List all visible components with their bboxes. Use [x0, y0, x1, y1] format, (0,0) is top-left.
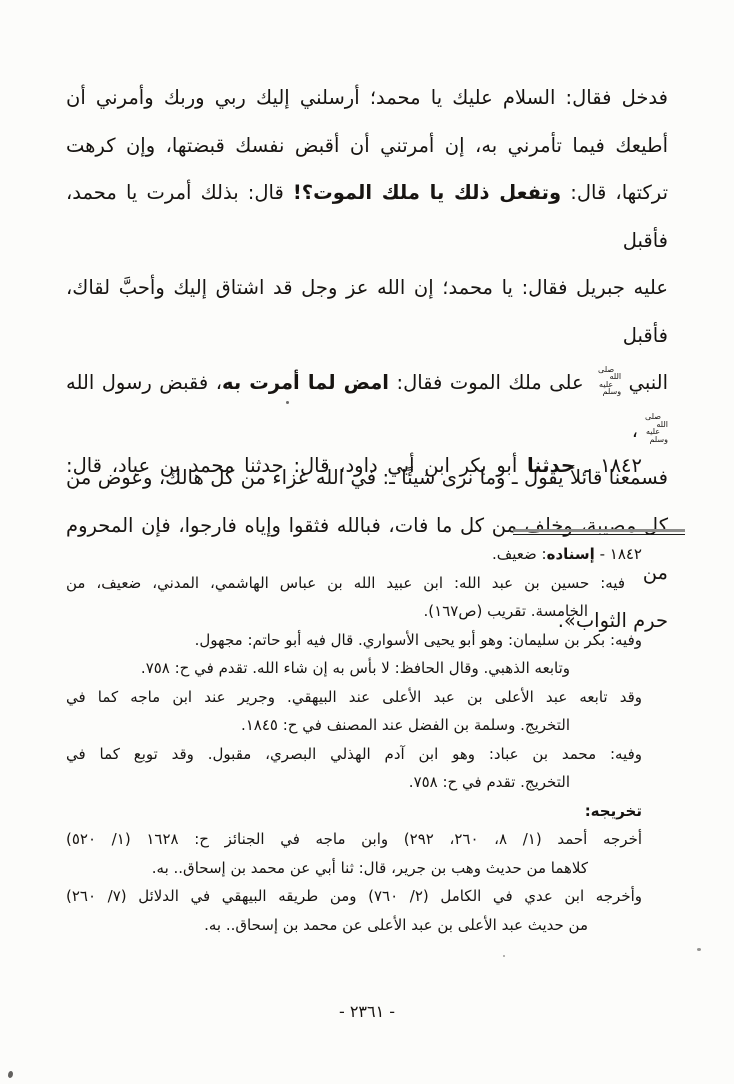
saw-ligature-icon: صلى اللهعليه وسلم: [638, 413, 668, 443]
footnote-line: فيه: حسين بن عبد الله: ابن عبيد الله بن …: [66, 569, 668, 598]
bold-phrase: امض لما أمرت به: [222, 371, 389, 394]
scan-speckle: [286, 401, 289, 404]
text-segment: النبي: [621, 371, 668, 394]
isnad-label-bold: إسناده: [547, 545, 595, 563]
footnote-line: وأخرجه ابن عدي في الكامل (٢/ ٧٦٠) ومن طر…: [66, 882, 668, 911]
footnote-line: ١٨٤٢ - إسناده: ضعيف.: [66, 540, 668, 569]
footnote-line: وفيه: محمد بن عباد: وهو ابن آدم الهذلي ا…: [66, 740, 668, 769]
footnote-segment: تخريجه:: [585, 802, 642, 820]
separator-rule-bottom: [513, 534, 685, 536]
footnote-line: التخريج. وسلمة بن الفضل عند المصنف في ح:…: [66, 711, 668, 740]
hadith-heading-line: ١٨٤٢ ـ حدثنا أبو بكر ابن أبي داود، قال: …: [66, 442, 668, 490]
page-number: - ٢٣٦١ -: [0, 1002, 734, 1021]
footnote-line: وفيه: بكر بن سليمان: وهو أبو يحيى الأسوا…: [66, 626, 668, 655]
separator-rule-top: [513, 529, 685, 532]
footnote-segment: التخريج. تقدم في ح: ٧٥٨.: [409, 773, 570, 791]
saw-ligature-bottom: عليه وسلم: [638, 428, 668, 443]
footnote-segment: وتابعه الذهبي. وقال الحافظ: لا بأس به إن…: [141, 659, 570, 677]
footnote-segment: وفيه: محمد بن عباد: وهو ابن آدم الهذلي ا…: [66, 745, 642, 763]
scan-speckle: [503, 955, 505, 957]
text-line: تركتها، قال: وتفعل ذلك يا ملك الموت؟! قا…: [66, 169, 668, 264]
footnote-segment: الخامسة. تقريب (ص١٦٧).: [424, 602, 588, 620]
takhrij-heading: تخريجه:: [66, 797, 668, 826]
text-line: أطيعك فيما تأمرني به، إن أمرتني أن أقبض …: [66, 122, 668, 170]
saw-ligature-bottom: عليه وسلم: [591, 381, 621, 396]
bold-phrase: وتفعل ذلك يا ملك الموت؟!: [293, 181, 561, 204]
footnote-line: كلاهما من حديث وهب بن جرير، قال: ثنا أبي…: [66, 854, 668, 883]
footnote-segment: وفيه: بكر بن سليمان: وهو أبو يحيى الأسوا…: [195, 631, 642, 649]
saw-ligature-icon: صلى اللهعليه وسلم: [591, 366, 621, 396]
footnote-segment: أخرجه أحمد (١/ ٨، ٢٦٠، ٢٩٢) وابن ماجه في…: [66, 830, 642, 848]
saw-ligature-top: صلى الله: [591, 366, 621, 381]
footnote-number: ١٨٤٢ -: [595, 545, 642, 563]
saw-ligature-top: صلى الله: [638, 413, 668, 428]
book-page: فدخل فقال: السلام عليك يا محمد؛ أرسلني إ…: [0, 0, 734, 1084]
footnote-separator: [513, 529, 685, 535]
footnote-segment: وأخرجه ابن عدي في الكامل (٢/ ٧٦٠) ومن طر…: [66, 887, 642, 905]
text-segment: عليه جبريل فقال: يا محمد؛ إن الله عز وجل…: [66, 276, 668, 347]
text-line: عليه جبريل فقال: يا محمد؛ إن الله عز وجل…: [66, 264, 668, 359]
footnote-segment: : ضعيف.: [492, 545, 547, 563]
footnote-line: التخريج. تقدم في ح: ٧٥٨.: [66, 768, 668, 797]
text-line: النبي صلى اللهعليه وسلم على ملك الموت فق…: [66, 359, 668, 454]
text-segment: على ملك الموت فقال:: [389, 371, 591, 394]
hadith-isnad-text: أبو بكر ابن أبي داود، قال: حدثنا محمد بن…: [66, 454, 527, 477]
footnote-segment: التخريج. وسلمة بن الفضل عند المصنف في ح:…: [241, 716, 570, 734]
footnote-line: الخامسة. تقريب (ص١٦٧).: [66, 597, 668, 626]
haddathana-bold: حدثنا: [527, 454, 575, 477]
text-segment: أطيعك فيما تأمرني به، إن أمرتني أن أقبض …: [66, 134, 668, 157]
text-line: فدخل فقال: السلام عليك يا محمد؛ أرسلني إ…: [66, 74, 668, 122]
text-segment: تركتها، قال:: [561, 181, 668, 204]
text-segment: فدخل فقال: السلام عليك يا محمد؛ أرسلني إ…: [66, 86, 668, 109]
footnote-line: وتابعه الذهبي. وقال الحافظ: لا بأس به إن…: [66, 654, 668, 683]
scan-speckle: [697, 948, 701, 951]
footnote-segment: كلاهما من حديث وهب بن جرير، قال: ثنا أبي…: [152, 859, 588, 877]
footnotes-block: ١٨٤٢ - إسناده: ضعيف. فيه: حسين بن عبد ال…: [66, 540, 668, 939]
footnote-line: أخرجه أحمد (١/ ٨، ٢٦٠، ٢٩٢) وابن ماجه في…: [66, 825, 668, 854]
footnote-segment: من حديث عبد الأعلى بن عبد الأعلى عن محمد…: [204, 916, 588, 934]
text-segment: ، فقبض رسول الله: [66, 371, 222, 394]
footnote-line: من حديث عبد الأعلى بن عبد الأعلى عن محمد…: [66, 911, 668, 940]
footnote-segment: فيه: حسين بن عبد الله: ابن عبيد الله بن …: [66, 574, 625, 592]
footnote-line: وقد تابعه عبد الأعلى بن عبد الأعلى عند ا…: [66, 683, 668, 712]
footnote-segment: وقد تابعه عبد الأعلى بن عبد الأعلى عند ا…: [66, 688, 642, 706]
hadith-number: ١٨٤٢ ـ: [575, 454, 642, 477]
scan-speckle: [8, 1071, 13, 1078]
